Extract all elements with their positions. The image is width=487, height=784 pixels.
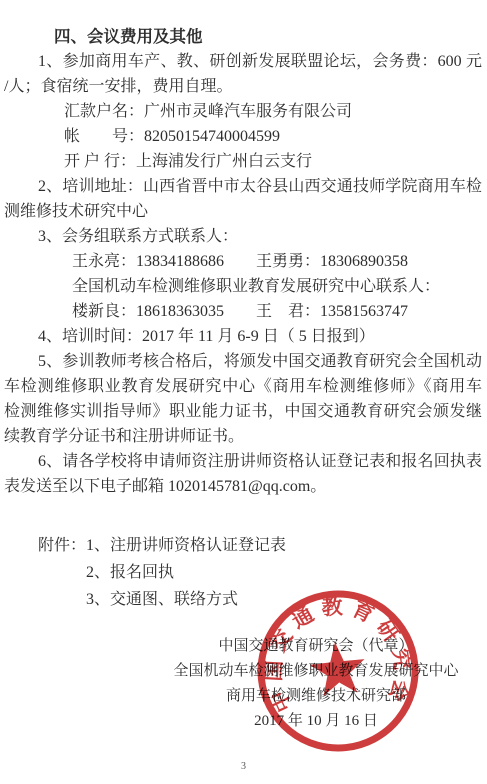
document-page: 四、会议费用及其他 1、参加商用车产、教、研创新发展联盟论坛，会务费：600 元… — [0, 0, 487, 784]
training-time: 4、培训时间：2017 年 11 月 6-9 日（ 5 日报到） — [4, 324, 482, 349]
doc-line: 测维修技术研究中心 — [4, 199, 482, 224]
issuing-dept: 商用车检测维修技术研究部 — [151, 684, 481, 709]
remit-account-name: 汇款户名：广州市灵峰汽车服务有限公司 — [4, 99, 482, 124]
contact-phones: 王永亮：13834188686 王勇勇：18306890358 — [4, 249, 482, 274]
doc-line: /人；食宿统一安排，费用自理。 — [4, 74, 482, 99]
doc-line: 3、会务组联系方式联系人： — [4, 224, 482, 249]
doc-line: 续教育学分证书和注册讲师证书。 — [4, 424, 482, 449]
doc-line: 1、参加商用车产、教、研创新发展联盟论坛，会务费：600 元 — [4, 49, 482, 74]
signature-block: 中国交通教育研究会（代章） 全国机动车检测维修职业教育发展研究中心 商用车检测维… — [151, 634, 481, 734]
attachment-item: 2、报名回执 — [4, 559, 482, 586]
contact-phones: 楼新良：18618363035 王 君：13581563747 — [4, 299, 482, 324]
attachment-item: 3、交通图、联络方式 — [4, 586, 482, 613]
issuing-center: 全国机动车检测维修职业教育发展研究中心 — [151, 659, 481, 684]
doc-line: 2、培训地址：山西省晋中市太谷县山西交通技师学院商用车检 — [4, 174, 482, 199]
doc-line: 检测维修实训指导师》职业能力证书，中国交通教育研究会颁发继 — [4, 399, 482, 424]
section-heading: 四、会议费用及其他 — [4, 24, 482, 49]
doc-line: 5、参训教师考核合格后，将颁发中国交通教育研究会全国机动 — [4, 349, 482, 374]
attachments-list: 附件：1、注册讲师资格认证登记表 2、报名回执 3、交通图、联络方式 — [4, 532, 482, 613]
document-body: 四、会议费用及其他 1、参加商用车产、教、研创新发展联盟论坛，会务费：600 元… — [4, 24, 482, 613]
doc-line: 6、请各学校将申请师资注册讲师资格认证登记表和报名回执表 — [4, 449, 482, 474]
remit-bank: 开 户 行：上海浦发行广州白云支行 — [4, 149, 482, 174]
doc-line: 车检测维修职业教育发展研究中心《商用车检测维修师》《商用车 — [4, 374, 482, 399]
doc-line: 全国机动车检测维修职业教育发展研究中心联系人： — [4, 274, 482, 299]
issue-date: 2017 年 10 月 16 日 — [151, 709, 481, 734]
email-line: 表发送至以下电子邮箱 1020145781@qq.com。 — [4, 474, 482, 499]
remit-account-number: 帐 号：82050154740004599 — [4, 124, 482, 149]
page-number: 3 — [0, 761, 487, 772]
issuing-org: 中国交通教育研究会（代章） — [151, 634, 481, 659]
attachment-item: 附件：1、注册讲师资格认证登记表 — [4, 532, 482, 559]
